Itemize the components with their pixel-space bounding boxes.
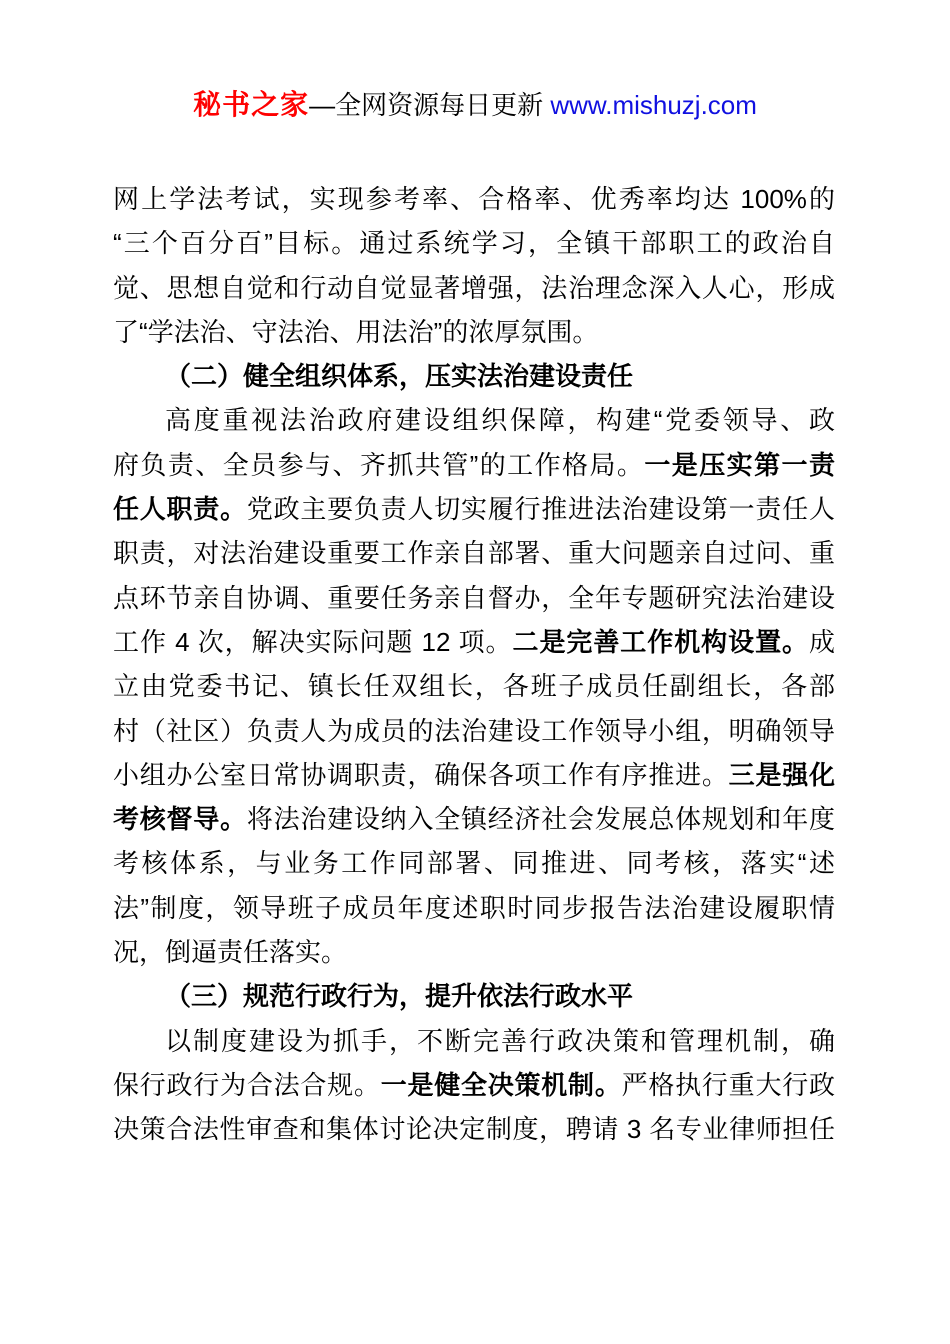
text-line: 决策合法性审查和集体讨论决定制度，聘请 3 名专业律师担任 [113, 1107, 835, 1151]
text-line: 高度重视法治政府建设组织保障，构建“党委领导、政 [113, 398, 835, 442]
text-segment: 法”制度，领导班子成员年度述职时同步报告法治建设履职情 [113, 893, 835, 923]
page-header: 秘书之家—全网资源每日更新 www.mishuzj.com [0, 84, 950, 131]
text-line: 任人职责。党政主要负责人切实履行推进法治建设第一责任人 [113, 487, 835, 531]
text-line: 了“学法治、守法治、用法治”的浓厚氛围。 [113, 310, 835, 354]
text-segment: 严格执行重大行政 [622, 1070, 835, 1100]
site-url-link[interactable]: www.mishuzj.com [550, 90, 757, 120]
text-segment: 工作 4 次，解决实际问题 12 项。 [113, 627, 513, 657]
text-line: （二）健全组织体系，压实法治建设责任 [113, 354, 835, 398]
text-line: （三）规范行政行为，提升依法行政水平 [113, 974, 835, 1018]
document-body: 网上学法考试，实现参考率、合格率、优秀率均达 100%的“三个百分百”目标。通过… [113, 177, 835, 1152]
site-name: 秘书之家 [193, 89, 309, 120]
text-segment: 村（社区）负责人为成员的法治建设工作领导小组，明确领导 [113, 716, 835, 746]
text-segment: 府负责、全员参与、齐抓共管”的工作格局。 [113, 450, 644, 480]
bold-text-segment: （三）规范行政行为，提升依法行政水平 [165, 981, 633, 1011]
text-segment: 党政主要负责人切实履行推进法治建设第一责任人 [247, 494, 835, 524]
text-segment: 了“学法治、守法治、用法治”的浓厚氛围。 [113, 317, 598, 347]
text-segment: 小组办公室日常协调职责，确保各项工作有序推进。 [113, 760, 729, 790]
header-tagline: —全网资源每日更新 [309, 90, 550, 120]
text-line: 考核督导。将法治建设纳入全镇经济社会发展总体规划和年度 [113, 797, 835, 841]
text-line: 觉、思想自觉和行动自觉显著增强，法治理念深入人心，形成 [113, 266, 835, 310]
bold-text-segment: 考核督导。 [113, 804, 247, 834]
text-line: 以制度建设为抓手，不断完善行政决策和管理机制，确 [113, 1019, 835, 1063]
text-segment: 况，倒逼责任落实。 [113, 937, 347, 967]
bold-text-segment: 二是完善工作机构设置。 [513, 627, 809, 657]
document-page: 秘书之家—全网资源每日更新 www.mishuzj.com 网上学法考试，实现参… [0, 0, 950, 1344]
text-segment: 以制度建设为抓手，不断完善行政决策和管理机制，确 [165, 1026, 835, 1056]
text-line: 职责，对法治建设重要工作亲自部署、重大问题亲自过问、重 [113, 531, 835, 575]
text-segment: 职责，对法治建设重要工作亲自部署、重大问题亲自过问、重 [113, 538, 835, 568]
bold-text-segment: 一是压实第一责 [644, 450, 835, 480]
text-line: 考核体系，与业务工作同部署、同推进、同考核，落实“述 [113, 841, 835, 885]
text-line: 小组办公室日常协调职责，确保各项工作有序推进。三是强化 [113, 753, 835, 797]
text-line: 府负责、全员参与、齐抓共管”的工作格局。一是压实第一责 [113, 443, 835, 487]
bold-text-segment: （二）健全组织体系，压实法治建设责任 [165, 361, 633, 391]
text-segment: 考核体系，与业务工作同部署、同推进、同考核，落实“述 [113, 848, 835, 878]
text-line: 法”制度，领导班子成员年度述职时同步报告法治建设履职情 [113, 886, 835, 930]
bold-text-segment: 三是强化 [729, 760, 835, 790]
text-line: 工作 4 次，解决实际问题 12 项。二是完善工作机构设置。成 [113, 620, 835, 664]
text-segment: 网上学法考试，实现参考率、合格率、优秀率均达 100%的 [113, 184, 835, 214]
text-segment: 高度重视法治政府建设组织保障，构建“党委领导、政 [165, 405, 835, 435]
text-line: 村（社区）负责人为成员的法治建设工作领导小组，明确领导 [113, 709, 835, 753]
text-segment: 成 [809, 627, 835, 657]
text-segment: 决策合法性审查和集体讨论决定制度，聘请 3 名专业律师担任 [113, 1114, 835, 1144]
text-segment: “三个百分百”目标。通过系统学习，全镇干部职工的政治自 [113, 228, 835, 258]
text-segment: 将法治建设纳入全镇经济社会发展总体规划和年度 [247, 804, 835, 834]
bold-text-segment: 一是健全决策机制。 [381, 1070, 622, 1100]
text-segment: 保行政行为合法合规。 [113, 1070, 381, 1100]
bold-text-segment: 任人职责。 [113, 494, 247, 524]
text-segment: 立由党委书记、镇长任双组长，各班子成员任副组长，各部门、 [113, 671, 835, 708]
text-line: 况，倒逼责任落实。 [113, 930, 835, 974]
text-segment: 觉、思想自觉和行动自觉显著增强，法治理念深入人心，形成 [113, 273, 835, 303]
text-line: “三个百分百”目标。通过系统学习，全镇干部职工的政治自 [113, 221, 835, 265]
text-segment: 点环节亲自协调、重要任务亲自督办，全年专题研究法治建设 [113, 583, 835, 613]
text-line: 保行政行为合法合规。一是健全决策机制。严格执行重大行政 [113, 1063, 835, 1107]
text-line: 点环节亲自协调、重要任务亲自督办，全年专题研究法治建设 [113, 576, 835, 620]
text-line: 网上学法考试，实现参考率、合格率、优秀率均达 100%的 [113, 177, 835, 221]
text-line: 立由党委书记、镇长任双组长，各班子成员任副组长，各部门、 [113, 664, 835, 708]
